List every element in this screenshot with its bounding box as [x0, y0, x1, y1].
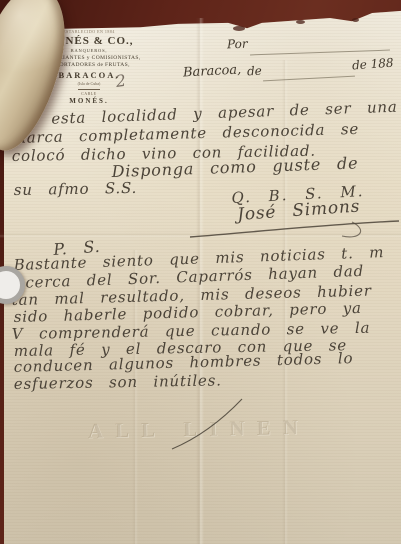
- form-dateline-de: de: [247, 64, 263, 79]
- torn-edge-notch: [296, 20, 305, 24]
- form-dateline-year: de 188: [352, 56, 394, 73]
- letter-photo: ESTABLECIDO EN 1884 MONÉS & CO., BANQUER…: [0, 0, 401, 544]
- handwritten-line: esfuerzos son inútiles.: [14, 371, 222, 393]
- torn-edge-notch: [233, 26, 245, 31]
- form-dateline-city: Baracoa,: [183, 62, 242, 80]
- form-por-label: Por: [227, 37, 248, 52]
- handwritten-line: su afmo S.S.: [14, 179, 138, 199]
- all-linen-watermark: ALL LINEN: [74, 415, 324, 444]
- letterhead-divider: [78, 89, 100, 90]
- torn-edge-notch: [352, 18, 359, 22]
